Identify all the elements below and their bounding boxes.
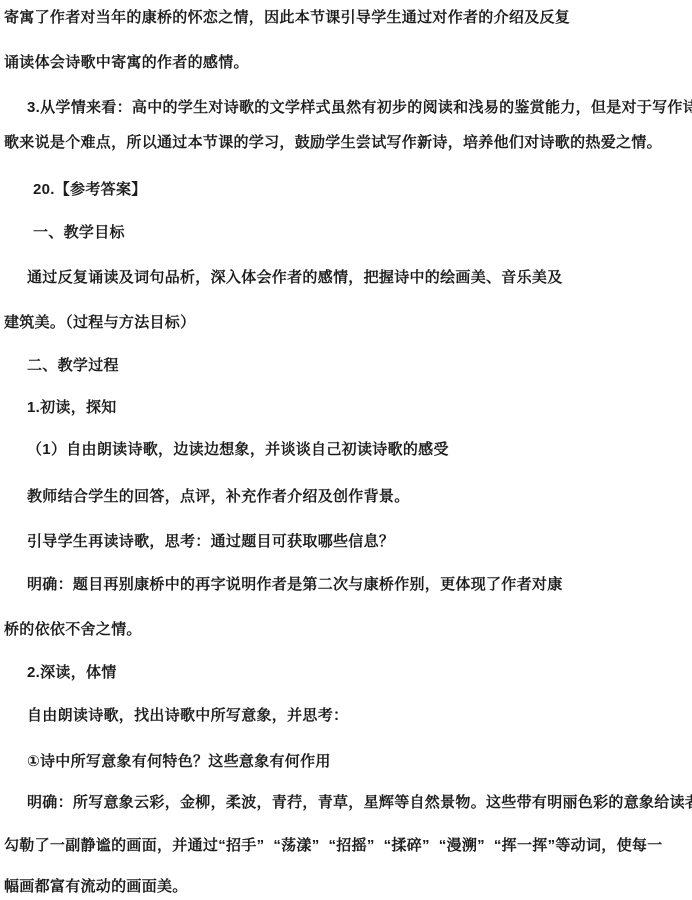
text-line: 明确：题目再别康桥中的再字说明作者是第二次与康桥作别，更体现了作者对康 [27, 575, 563, 595]
text-line: 通过反复诵读及词句品析，深入体会作者的感情，把握诗中的绘画美、音乐美及 [27, 268, 563, 288]
text-line: 建筑美。（过程与方法目标） [4, 313, 195, 333]
text-line: 桥的依依不舍之情。 [4, 620, 142, 640]
text-line: 歌来说是个难点，所以通过本节课的学习，鼓励学生尝试写作新诗，培养他们对诗歌的热爱… [4, 133, 662, 153]
text-line: （1）自由朗读诗歌，边读边想象，并谈谈自己初读诗歌的感受 [27, 440, 449, 460]
text-line: 寄寓了作者对当年的康桥的怀恋之情，因此本节课引导学生通过对作者的介绍及反复 [4, 8, 570, 28]
step-1-heading: 1.初读，探知 [27, 398, 117, 418]
text-line: 3.从学情来看：高中的学生对诗歌的文学样式虽然有初步的阅读和浅易的鉴赏能力，但是… [27, 98, 692, 118]
reference-answer-heading: 20.【参考答案】 [33, 180, 147, 200]
step-2-heading: 2.深读，体情 [27, 663, 117, 683]
text-line: 引导学生再读诗歌，思考：通过题目可获取哪些信息？ [27, 532, 394, 552]
text-line: 教师结合学生的回答，点评，补充作者介绍及创作背景。 [27, 487, 410, 507]
text-line: 自由朗读诗歌，找出诗歌中所写意象，并思考： [27, 706, 348, 726]
teaching-objectives-heading: 一、教学目标 [33, 223, 125, 243]
text-line: 诵读体会诗歌中寄寓的作者的感情。 [4, 53, 249, 73]
text-line: 明确：所写意象云彩，金柳，柔波，青荇，青草，星辉等自然景物。这些带有明丽色彩的意… [27, 793, 692, 813]
text-line: 幅画都富有流动的画面美。 [4, 877, 188, 897]
text-line: 勾勒了一副静谧的画面，并通过“招手” “荡漾” “招摇” “揉碎” “漫溯” “… [4, 836, 662, 856]
teaching-process-heading: 二、教学过程 [27, 356, 119, 376]
document-page: 寄寓了作者对当年的康桥的怀恋之情，因此本节课引导学生通过对作者的介绍及反复 诵读… [0, 0, 692, 900]
text-line: ①诗中所写意象有何特色？这些意象有何作用 [27, 752, 331, 772]
